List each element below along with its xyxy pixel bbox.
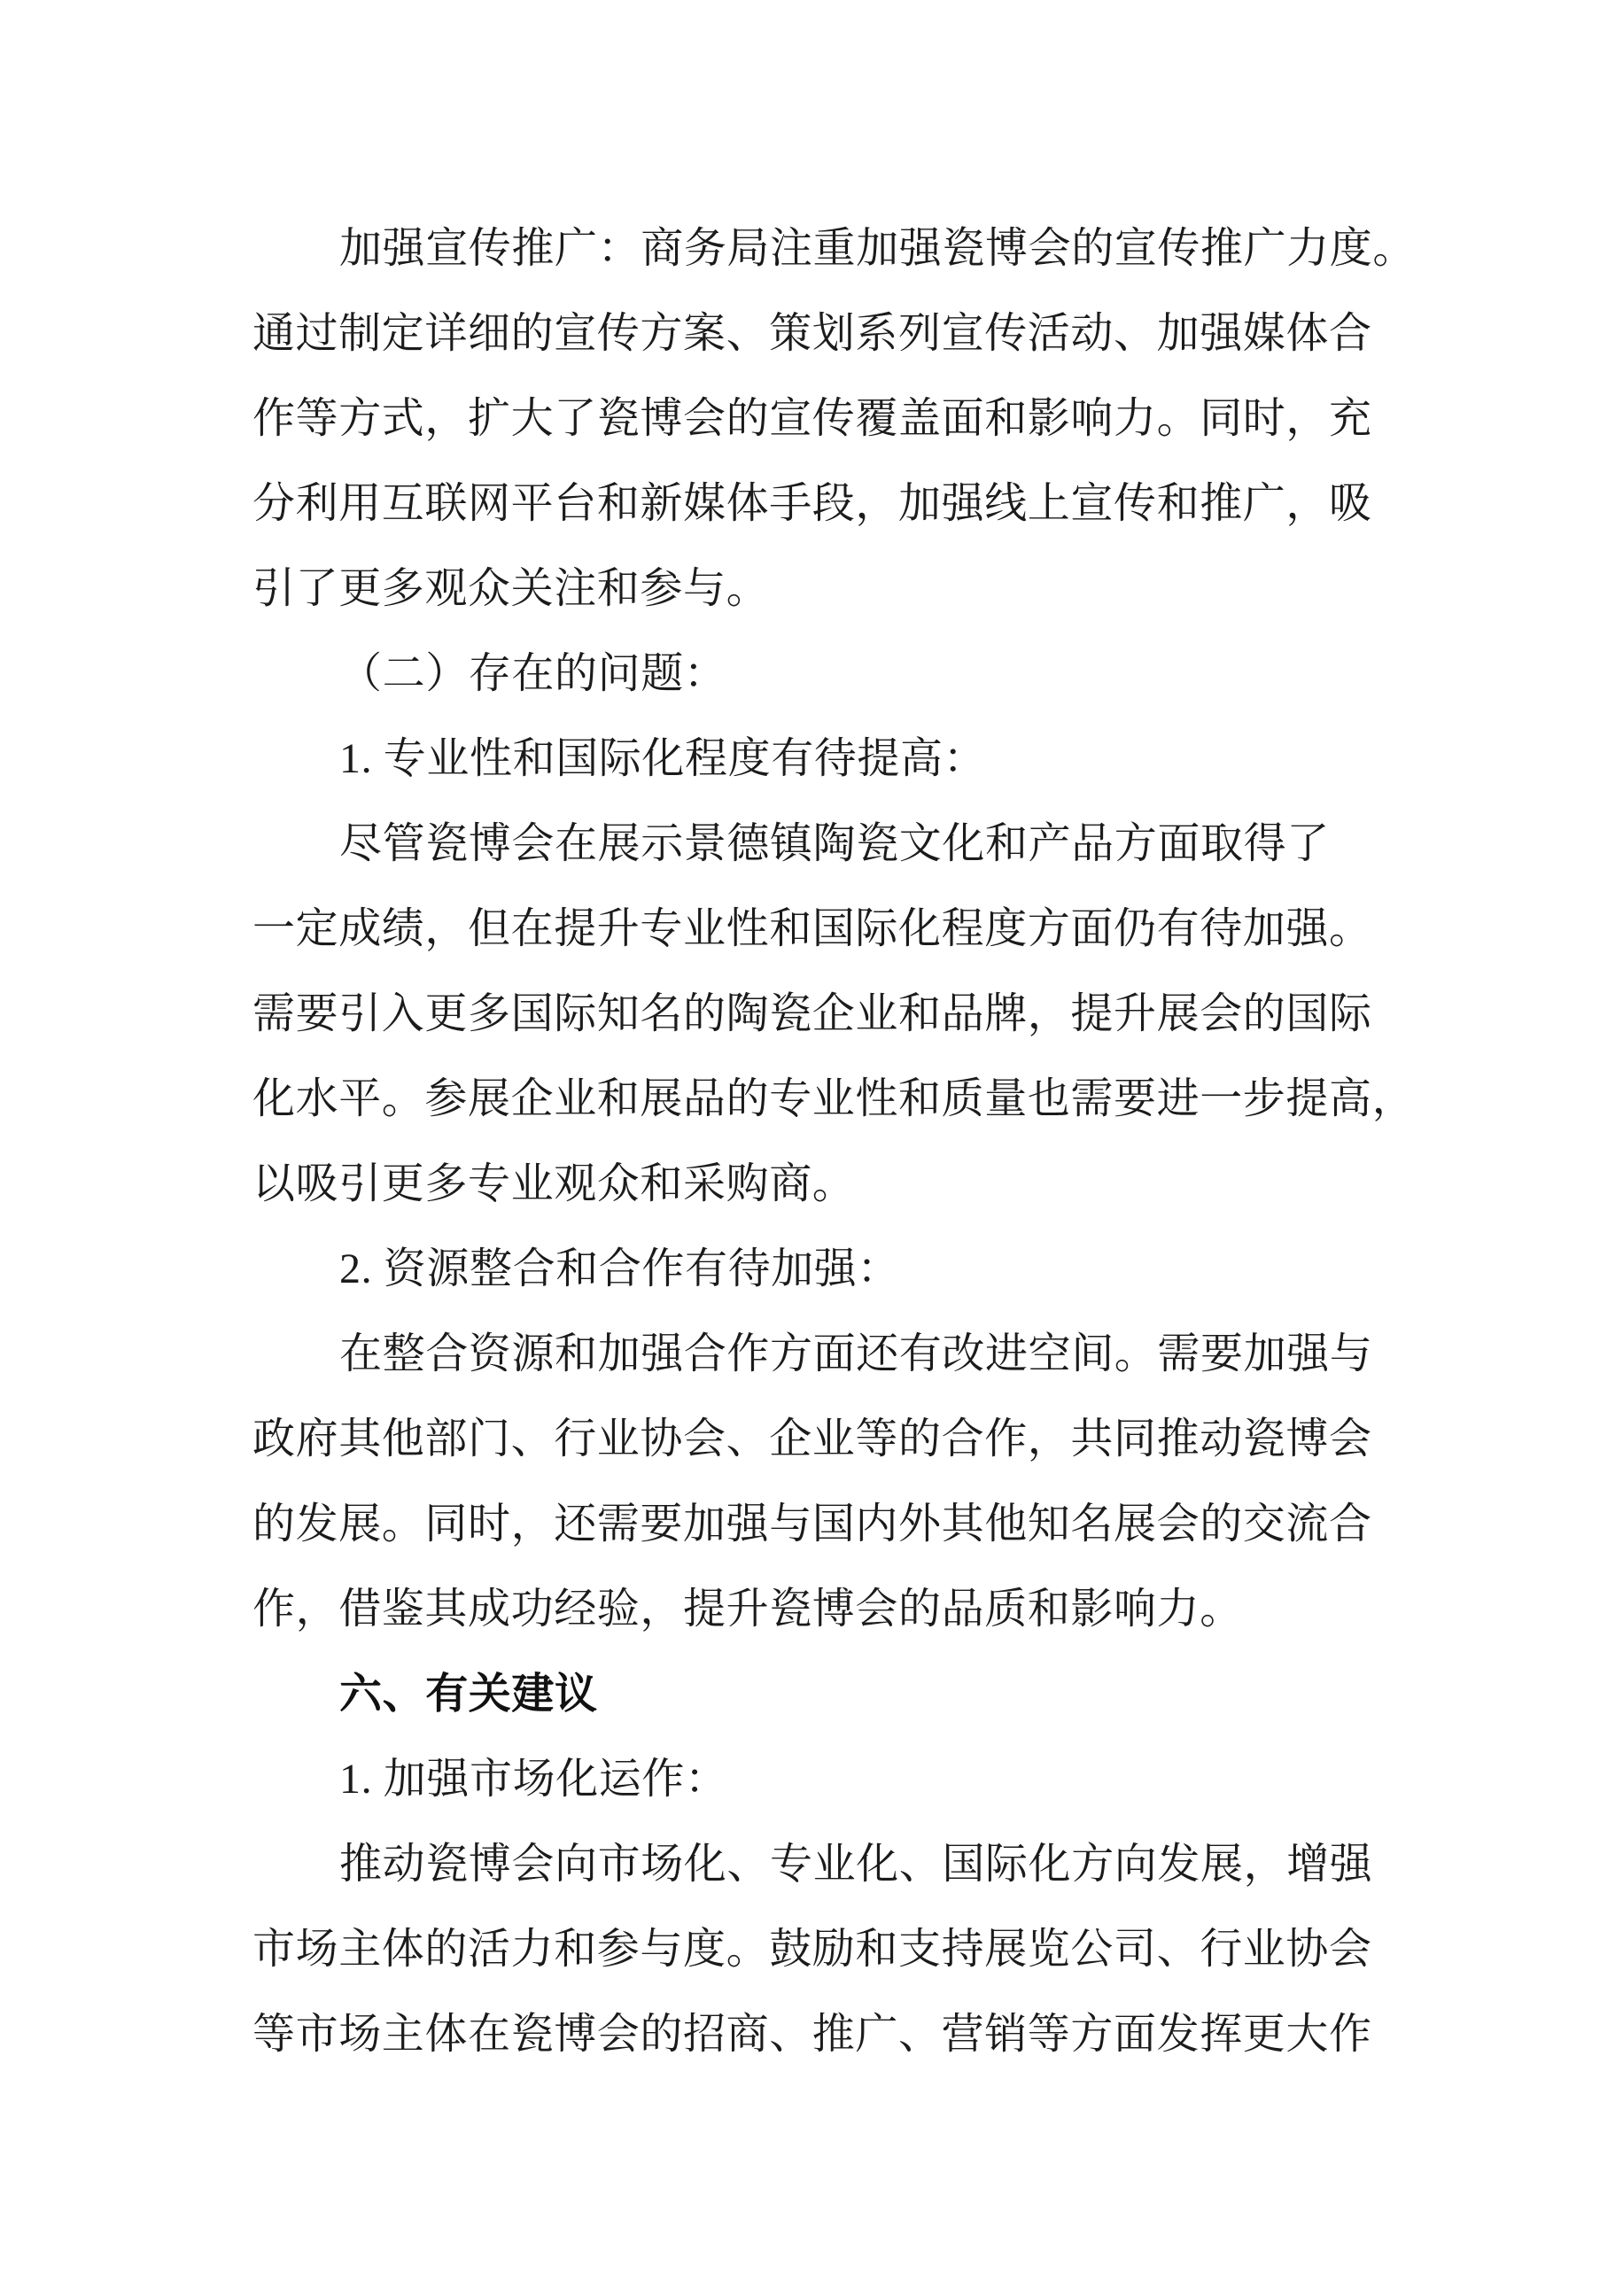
text-line: 通过制定详细的宣传方案、策划系列宣传活动、加强媒体合 xyxy=(252,291,1378,376)
text-line: 作，借鉴其成功经验，提升瓷博会的品质和影响力。 xyxy=(252,1567,1378,1652)
text-line: 推动瓷博会向市场化、专业化、国际化方向发展，增强 xyxy=(252,1822,1378,1907)
text-line: 分利用互联网平台和新媒体手段，加强线上宣传和推广，吸 xyxy=(252,462,1378,547)
text-line: 以吸引更多专业观众和采购商。 xyxy=(252,1142,1378,1227)
text-line: （二）存在的问题： xyxy=(252,632,1378,717)
text-line: 政府其他部门、行业协会、企业等的合作，共同推动瓷博会 xyxy=(252,1397,1378,1482)
text-line: 的发展。同时，还需要加强与国内外其他知名展会的交流合 xyxy=(252,1482,1378,1567)
document-page: 加强宣传推广：商务局注重加强瓷博会的宣传推广力度。 通过制定详细的宣传方案、策划… xyxy=(0,0,1623,2296)
text-line: 化水平。参展企业和展品的专业性和质量也需要进一步提高， xyxy=(252,1057,1378,1142)
text-line: 2. 资源整合和合作有待加强： xyxy=(252,1227,1378,1312)
text-line: 引了更多观众关注和参与。 xyxy=(252,547,1378,632)
text-line: 等市场主体在瓷博会的招商、推广、营销等方面发挥更大作 xyxy=(252,1992,1378,2077)
text-block: 加强宣传推广：商务局注重加强瓷博会的宣传推广力度。 通过制定详细的宣传方案、策划… xyxy=(252,206,1378,2077)
text-line: 一定成绩，但在提升专业性和国际化程度方面仍有待加强。 xyxy=(252,887,1378,972)
text-line: 在整合资源和加强合作方面还有改进空间。需要加强与 xyxy=(252,1312,1378,1397)
section-heading: 六、有关建议 xyxy=(252,1652,1378,1737)
text-line: 作等方式，扩大了瓷博会的宣传覆盖面和影响力。同时，充 xyxy=(252,376,1378,462)
text-line: 1. 加强市场化运作： xyxy=(252,1737,1378,1822)
text-line: 需要引入更多国际知名的陶瓷企业和品牌，提升展会的国际 xyxy=(252,972,1378,1057)
text-line: 市场主体的活力和参与度。鼓励和支持展览公司、行业协会 xyxy=(252,1907,1378,1992)
text-line: 1. 专业性和国际化程度有待提高： xyxy=(252,717,1378,802)
text-line: 尽管瓷博会在展示景德镇陶瓷文化和产品方面取得了 xyxy=(252,802,1378,887)
text-line: 加强宣传推广：商务局注重加强瓷博会的宣传推广力度。 xyxy=(252,206,1378,291)
